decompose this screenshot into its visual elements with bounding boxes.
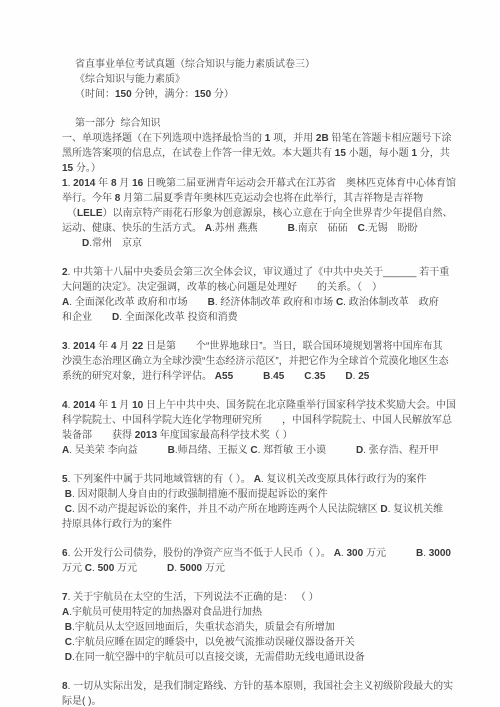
- document-title: 省直事业单位考试真题（综合知识与能力素质试卷三）: [75, 57, 464, 72]
- question-6: 6. 公开发行公司债券，股份的净资产应当不低于人民币（ ）。 A. 300 万元…: [62, 546, 464, 576]
- question-7: 7. 关于宇航员在太空的生活，下列说法不正确的是： （ ） A.宇航员可使用特定…: [62, 590, 464, 665]
- question-4: 4. 2014 年 1 月 10 日上午中共中央、国务院在北京隆重举行国家科学技…: [62, 398, 464, 458]
- question-3: 3. 2014 年 4 月 22 日是第 个“世界地球日”。当日，联合国环境规划…: [62, 339, 464, 384]
- section-instructions: 一、单项选择题（在下列选项中选择最恰当的 1 项，并用 2B 铅笔在答题卡相应题…: [62, 131, 464, 176]
- question-2: 2. 中共第十八届中央委员会第三次全体会议，审议通过了《中共中央关于______…: [62, 265, 464, 325]
- question-8: 8. 一切从实际出发，是我们制定路线、方针的基本原则，我国社会主义初级阶段最大的…: [62, 679, 464, 707]
- document-subtitle: 《综合知识与能力素质》: [75, 72, 464, 87]
- document-time-score-info: （时间：150 分钟，满分：150 分）: [75, 87, 464, 102]
- question-1: 1. 2014 年 8 月 16 日晚第二届亚洲青年运动会开幕式在江苏省 奥林匹…: [62, 176, 464, 251]
- question-5: 5. 下列案件中属于共同地域管辖的有（ ）。 A. 复议机关改变原具体行政行为的…: [62, 472, 464, 532]
- section-title: 第一部分 综合知识: [62, 116, 464, 131]
- exam-document-page: 省直事业单位考试真题（综合知识与能力素质试卷三） 《综合知识与能力素质》 （时间…: [0, 0, 500, 707]
- document-header: 省直事业单位考试真题（综合知识与能力素质试卷三） 《综合知识与能力素质》 （时间…: [62, 57, 464, 102]
